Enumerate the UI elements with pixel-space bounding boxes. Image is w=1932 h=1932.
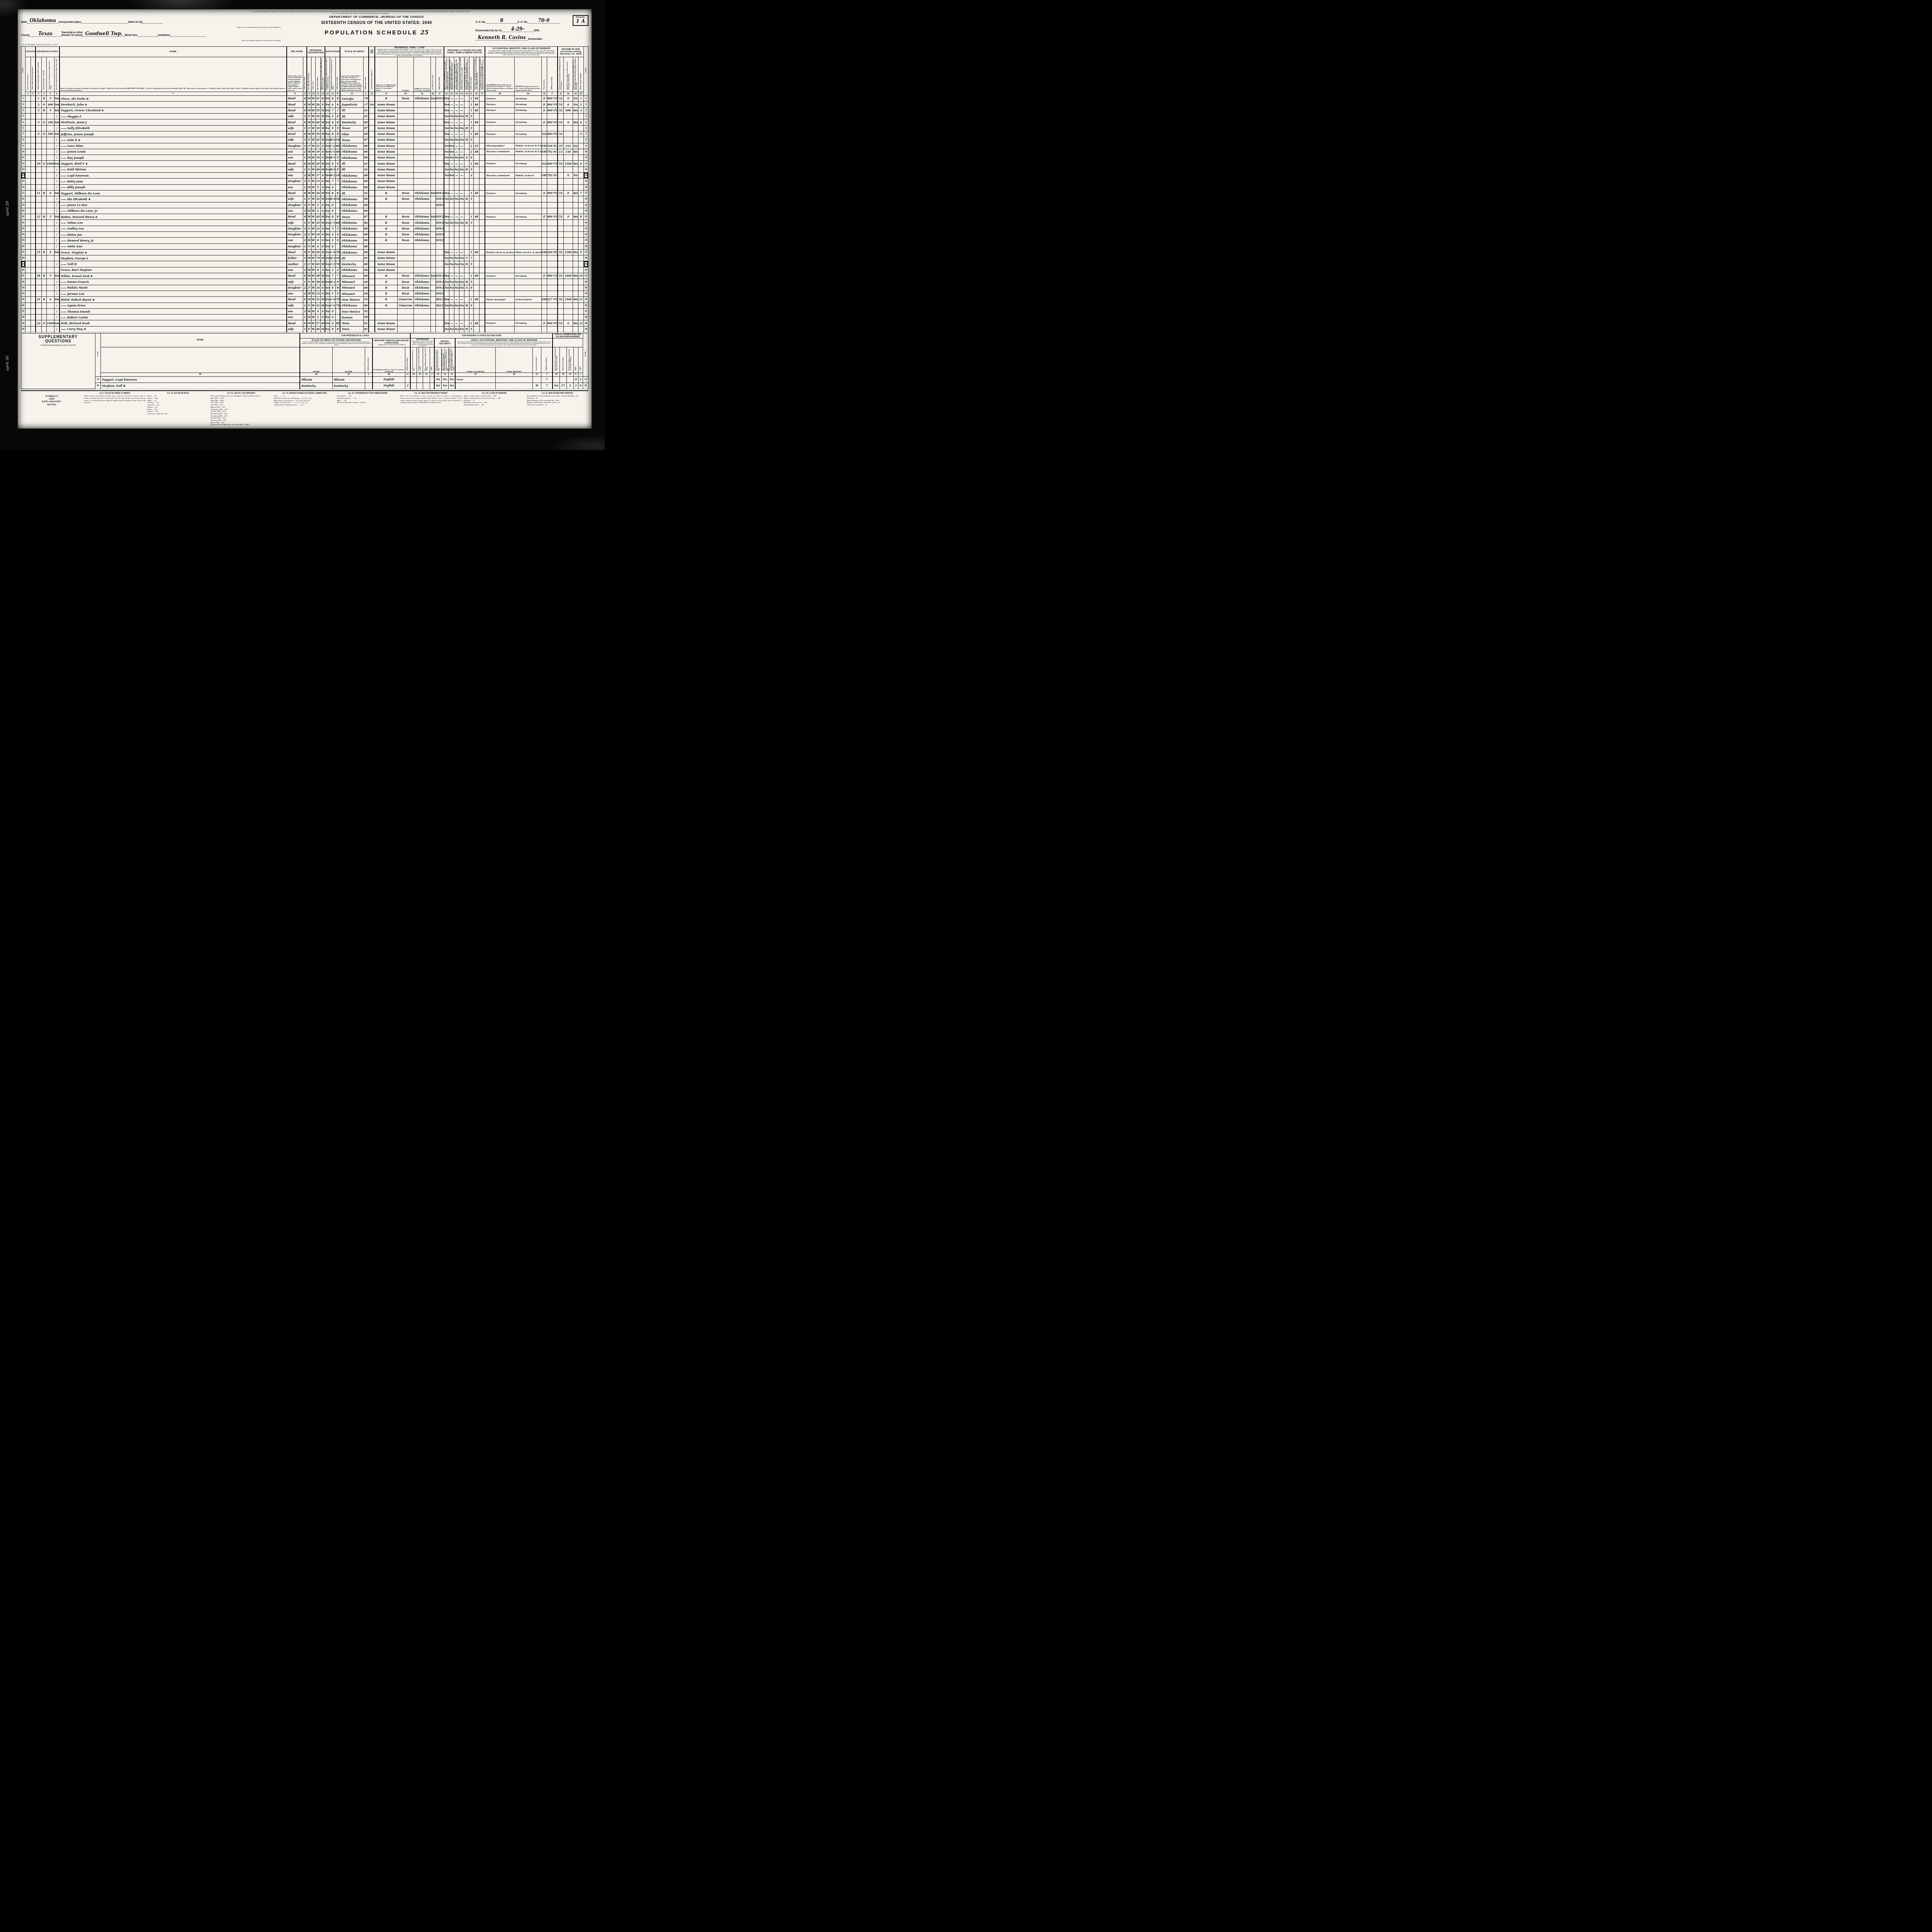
age-cell: 12 — [315, 291, 320, 296]
attended-school-cell: Yes — [325, 285, 330, 291]
occupation-cell: Farm manager — [485, 297, 514, 303]
birthplace-cell: Oklahoma — [340, 267, 363, 273]
relation-code-cell: 1 — [303, 137, 307, 143]
home-value-cell — [47, 255, 54, 261]
age-cell: 19 — [315, 149, 320, 155]
column-number: B — [335, 92, 340, 96]
farm-cell: Yes — [54, 320, 60, 326]
column-label: Value of home, if owned, or monthly rent… — [47, 57, 54, 92]
marital-status-cell: S — [320, 149, 325, 155]
unemployment-weeks-cell — [479, 190, 485, 196]
farm-schedule-cell — [578, 149, 583, 155]
other-income-cell: Yes — [573, 119, 578, 125]
attended-school-cell: No — [325, 279, 330, 285]
at-work-cell: Yes — [444, 273, 449, 279]
name-cell: —— Howard Henry, Jr. — [60, 238, 287, 243]
name-cell: Hall, Richard Doak — [60, 320, 287, 326]
at-work-cell: Yes — [444, 249, 449, 255]
wages-cell — [563, 114, 573, 119]
residence-state-cell — [413, 243, 430, 249]
grade-cell: 7 — [330, 179, 335, 184]
occupation-code-cell — [547, 137, 558, 143]
attended-school-cell: No — [325, 214, 330, 220]
wages-cell — [563, 155, 573, 161]
occupation-code-cell: 000 VV 4 — [547, 161, 558, 167]
marital-status-cell: S — [320, 291, 325, 296]
employment-code-cell — [469, 179, 473, 184]
grade-cell: 0 — [330, 320, 335, 326]
column-number: 2 — [31, 92, 36, 96]
race-cell: W — [311, 243, 315, 249]
residence-county-cell: Texas — [397, 285, 413, 291]
street-cell — [26, 279, 31, 285]
birthplace-code-cell: 92 — [363, 297, 369, 303]
farm-schedule-cell — [578, 184, 583, 190]
name-cell: Taggart, Grover Cleveland ⊗ — [60, 107, 287, 113]
name-cell: —— Robert Curtis — [60, 315, 287, 320]
wages-cell — [563, 208, 573, 214]
relation-cell: son — [287, 291, 303, 296]
other-income-cell: Yes — [573, 320, 578, 326]
note-title: Col. 11. AGE AT LAST BIRTHDAY: — [211, 392, 272, 395]
home-value-cell — [47, 184, 54, 190]
street-cell — [26, 202, 31, 208]
relation-cell: son — [287, 149, 303, 155]
house-number-cell — [31, 119, 36, 125]
residence-farm-cell — [430, 161, 435, 167]
grade-code-cell: 6 — [335, 102, 340, 107]
employment-code-cell — [469, 315, 473, 320]
weeks-worked-cell — [558, 308, 563, 314]
line-number: 3 — [21, 107, 26, 113]
unemployment-weeks-cell — [479, 149, 485, 155]
farm-schedule-cell — [578, 173, 583, 179]
race-cell: W — [311, 190, 315, 196]
attended-school-cell: No — [325, 202, 330, 208]
name-cell: —— Sally Elizabeth — [60, 125, 287, 131]
residence-farm-cell — [430, 196, 435, 202]
house-number-cell — [31, 173, 36, 179]
house-number-cell — [31, 255, 36, 261]
wages-cell — [563, 202, 573, 208]
residence-state-cell — [413, 125, 430, 131]
explanatory-note: Col. 11. AGE AT LAST BIRTHDAY: Enter age… — [211, 392, 272, 426]
wages-cell: 600 — [563, 107, 573, 113]
occupation-cell: Teacher assistant — [485, 149, 514, 155]
other-status-cell — [464, 119, 469, 125]
supp-column-label: CODE (Leave blank) — [365, 347, 372, 372]
birthplace-cell: Kansas — [340, 315, 363, 320]
residence-farm-cell — [430, 184, 435, 190]
birthplace-code-cell: 86 — [363, 249, 369, 255]
at-work-cell: Yes — [444, 190, 449, 196]
other-income-cell — [573, 285, 578, 291]
unemployment-weeks-cell — [479, 131, 485, 137]
birthplace-code-cell: 17 — [363, 102, 369, 107]
supp-veterans-header: VETERANS Is this person a veteran of the… — [410, 338, 434, 347]
birthplace-cell: Kentucky — [340, 119, 363, 125]
grade-cell: 8 — [330, 190, 335, 196]
emergency-work-cell: No — [449, 255, 454, 261]
at-work-cell: Yes — [444, 131, 449, 137]
sex-cell: F — [307, 202, 311, 208]
note-title: SYMBOLS AND EXPLANATORY NOTES — [21, 395, 83, 406]
industry-cell: Public School — [514, 173, 541, 179]
employment-code-cell: 1 — [469, 297, 473, 303]
marital-status-cell: S — [320, 238, 325, 243]
census-row: 13 / —— Estil Miriam wife 1 F W 49 M No … — [21, 167, 588, 172]
house-number-cell — [31, 273, 36, 279]
house-number-cell — [31, 214, 36, 220]
street-cell — [26, 261, 31, 267]
residence-code-cell — [435, 315, 444, 320]
grade-code-cell: 70 — [335, 261, 340, 267]
household-number-cell — [36, 226, 42, 231]
grade-cell: 8 — [330, 326, 335, 332]
seeking-work-cell: No — [454, 261, 459, 267]
name-cell: —— Zula D ⊗ — [60, 137, 287, 143]
house-number-cell — [31, 232, 36, 238]
industry-cell: Farming — [514, 161, 541, 167]
name-cell: —— Lena Alma — [60, 143, 287, 149]
line-number-right: 8 — [584, 137, 588, 143]
occupation-cell — [485, 303, 514, 308]
census-row: 40 / —— Carry May ⊗ wife 1 F W 46 M No 8 — [21, 326, 588, 332]
residence-code-cell — [435, 173, 444, 179]
residence-farm-cell — [430, 131, 435, 137]
home-value-cell — [47, 243, 54, 249]
supplementary-title-block: SUPPLEMENTARY QUESTIONS For Persons Enum… — [21, 333, 95, 389]
supp-usual-class-cell: H — [532, 383, 541, 389]
race-cell: W — [311, 173, 315, 179]
residence-state-cell — [413, 131, 430, 137]
tenure-cell — [42, 149, 47, 155]
name-cell: Grace, Burt Mayhew — [60, 267, 287, 273]
column-label: On a farm? (Yes or No) — [430, 57, 435, 92]
sex-cell: M — [307, 238, 311, 243]
line-number: 21 — [21, 214, 26, 220]
column-number: 29 — [514, 92, 541, 96]
name-cell: —— Ida Elizabeth ⊗ — [60, 196, 287, 202]
hours-worked-cell — [473, 202, 479, 208]
weeks-worked-cell — [558, 184, 563, 190]
attended-school-cell: No — [325, 167, 330, 172]
line-number: 11 — [21, 155, 26, 161]
seeking-work-cell: No — [454, 155, 459, 161]
supp-column-number: H — [405, 372, 410, 376]
marital-status-cell: M — [320, 190, 325, 196]
column-number: D — [435, 92, 444, 96]
explanatory-note: Col. 10. COLOR OR RACE: White.......W Ne… — [147, 392, 209, 426]
attended-school-cell: Yes — [325, 291, 330, 296]
unemployment-weeks-cell — [479, 308, 485, 314]
relation-cell: Head — [287, 96, 303, 102]
farm-schedule-cell — [578, 143, 583, 149]
wages-cell — [563, 326, 573, 332]
sex-cell: M — [307, 96, 311, 102]
residence-county-cell — [397, 161, 413, 167]
industry-cell: Public School N.Y.A. — [514, 143, 541, 149]
supp-social-security-header: SOCIAL SECURITY — [434, 338, 455, 347]
industry-cell: Farming — [514, 320, 541, 326]
residence-code-cell: XOV2 — [435, 96, 444, 102]
occupation-code-cell: 000 VV 3 — [547, 96, 558, 102]
citizenship-cell — [369, 238, 375, 243]
seeking-work-cell: — — [454, 107, 459, 113]
supp-usual-occupation-header: USUAL OCCUPATION, INDUSTRY, AND CLASS OF… — [455, 338, 553, 347]
sex-cell: M — [307, 291, 311, 296]
birthplace-code-cell: 86 — [363, 267, 369, 273]
line-number-right: 14 — [584, 173, 588, 179]
column-number: 33 — [573, 92, 578, 96]
sex-cell: M — [307, 308, 311, 314]
class-of-worker-cell: E — [541, 102, 547, 107]
house-number-cell — [31, 285, 36, 291]
citizenship-cell — [369, 315, 375, 320]
birthplace-cell: Texas — [340, 214, 363, 220]
supp-column-label: If child, is veteran-father dead? (Yes o… — [417, 347, 423, 372]
residence-city-cell — [375, 208, 397, 214]
race-cell: W — [311, 119, 315, 125]
other-income-cell: Yes — [573, 190, 578, 196]
grade-code-cell: 9 — [335, 279, 340, 285]
wages-cell — [563, 261, 573, 267]
birthplace-cell: Ill. — [340, 190, 363, 196]
citizenship-cell — [369, 155, 375, 161]
farm-cell: / — [54, 261, 60, 267]
supp-column-label: (Language spoken in home in earliest chi… — [372, 347, 405, 372]
farm-cell: / — [54, 184, 60, 190]
age-cell: 16 — [315, 155, 320, 161]
other-income-cell — [573, 202, 578, 208]
birthplace-code-cell: 86 — [363, 155, 369, 161]
attended-school-cell: Yes — [325, 267, 330, 273]
relation-code-cell: 2 — [303, 149, 307, 155]
emergency-work-cell: — — [449, 102, 454, 107]
farm-cell — [54, 255, 60, 261]
wages-cell — [563, 279, 573, 285]
attended-school-cell: No — [325, 143, 330, 149]
seeking-work-cell: No — [454, 285, 459, 291]
line-number-right: 10 — [584, 149, 588, 155]
supp-row: 14 Taggart, Loyd Emerson Illinois Illino… — [95, 376, 588, 383]
occupation-cell — [485, 179, 514, 184]
supp-code-k-cell: 1 — [573, 383, 578, 389]
race-cell: W — [311, 279, 315, 285]
residence-city-cell: R — [375, 196, 397, 202]
line-number-right: 24 — [584, 232, 588, 238]
other-status-cell — [464, 143, 469, 149]
sex-cell: M — [307, 131, 311, 137]
home-value-cell: 5 — [47, 273, 54, 279]
birthplace-code-cell: 61 — [363, 114, 369, 119]
industry-cell: Farming — [514, 107, 541, 113]
other-status-cell — [464, 297, 469, 303]
unemployment-weeks-cell — [479, 220, 485, 226]
sex-cell: M — [307, 173, 311, 179]
marital-status-cell: M — [320, 320, 325, 326]
house-number-cell — [31, 243, 36, 249]
citizenship-cell: No — [369, 102, 375, 107]
race-cell: W — [311, 114, 315, 119]
supp-column-label: Is this person a veteran? (Yes or No) — [410, 347, 417, 372]
farm-cell: Yes — [54, 107, 60, 113]
citizenship-cell — [369, 261, 375, 267]
occupation-cell — [485, 267, 514, 273]
have-job-cell: — — [459, 102, 464, 107]
occupation-code-cell — [547, 196, 558, 202]
citizenship-cell — [369, 214, 375, 220]
residence-farm-cell — [430, 243, 435, 249]
home-value-cell — [47, 261, 54, 267]
census-row: 11 / —— Roy Joseph son 2 M W 16 S Yes H-… — [21, 155, 588, 161]
supp-veteran-code-cell — [430, 376, 434, 383]
line-number: 36 — [21, 303, 26, 308]
emergency-work-cell: No — [449, 167, 454, 172]
emergency-work-cell: Yes — [449, 173, 454, 179]
supplementary-title: SUPPLEMENTARY QUESTIONS — [21, 335, 95, 344]
tenure-cell — [42, 208, 47, 214]
home-value-cell: 500 — [47, 131, 54, 137]
sex-cell: F — [307, 326, 311, 332]
class-of-worker-cell — [541, 202, 547, 208]
group-location: LOCATION — [26, 47, 36, 57]
supp-ssn-cell: No — [434, 383, 441, 389]
household-number-cell: 10 — [36, 161, 42, 167]
birthplace-code-cell: 87 — [363, 125, 369, 131]
home-value-cell — [47, 125, 54, 131]
birthplace-code-cell: 90 — [363, 315, 369, 320]
marital-status-cell: M — [320, 114, 325, 119]
at-work-cell: No — [444, 137, 449, 143]
residence-county-cell — [397, 255, 413, 261]
note-body: None.............0 Elementary school, 1s… — [274, 395, 336, 406]
residence-county-cell: Texas — [397, 279, 413, 285]
census-row: 39 22 O 1600 Yes Hall, Richard Doak Head… — [21, 320, 588, 326]
attended-school-cell: No — [325, 137, 330, 143]
class-of-worker-cell — [541, 308, 547, 314]
line-number-right: 13 — [584, 167, 588, 172]
grade-cell: H-1 — [330, 279, 335, 285]
other-income-cell — [573, 220, 578, 226]
hours-worked-cell: 48 — [473, 107, 479, 113]
supp-column-label: Age at first marriage — [560, 347, 566, 372]
residence-county-cell — [397, 308, 413, 314]
residence-county-cell — [397, 249, 413, 255]
street-cell — [26, 220, 31, 226]
have-job-cell: — — [459, 143, 464, 149]
residence-city-cell: R — [375, 190, 397, 196]
farm-cell: / — [54, 114, 60, 119]
class-of-worker-cell — [541, 226, 547, 231]
hours-worked-cell — [473, 226, 479, 231]
line-number-right: 6 — [584, 125, 588, 131]
supp-column-number: 41 — [423, 372, 430, 376]
ward-value — [143, 23, 163, 24]
industry-cell — [514, 285, 541, 291]
class-of-worker-cell — [541, 208, 547, 214]
other-income-cell: No — [573, 102, 578, 107]
line-number: 26 — [21, 243, 26, 249]
farm-schedule-cell: 11 — [578, 297, 583, 303]
emergency-work-cell: No — [449, 114, 454, 119]
schedule-page-number: 25 — [420, 29, 429, 36]
hours-worked-cell: 48 — [473, 149, 479, 155]
home-value-cell: 5 — [47, 96, 54, 102]
supp-column-number: 36 — [300, 372, 332, 376]
street-cell — [26, 273, 31, 279]
household-number-cell — [36, 267, 42, 273]
industry-cell — [514, 232, 541, 238]
line-number: 20 — [21, 208, 26, 214]
supp-column-number: 47 — [532, 372, 541, 376]
residence-code-cell: XOV2 — [435, 190, 444, 196]
sex-cell: M — [307, 315, 311, 320]
line-number: 15 — [21, 179, 26, 184]
class-of-worker-cell: E — [541, 320, 547, 326]
residence-county-cell — [397, 107, 413, 113]
hours-worked-cell: 48 — [473, 320, 479, 326]
grade-code-cell: 8 — [335, 214, 340, 220]
emergency-work-cell: — — [449, 249, 454, 255]
house-number-cell — [31, 155, 36, 161]
citizenship-cell — [369, 202, 375, 208]
residence-city-cell: R — [375, 214, 397, 220]
supp-line-number: 29 — [95, 383, 100, 389]
farm-cell: / — [54, 196, 60, 202]
house-number-cell — [31, 326, 36, 332]
name-cell: Grace, Virginia ⊗ — [60, 249, 287, 255]
residence-farm-cell — [430, 119, 435, 125]
race-cell: W — [311, 238, 315, 243]
race-cell: W — [311, 184, 315, 190]
street-cell — [26, 137, 31, 143]
employment-code-cell: 5 — [469, 167, 473, 172]
age-cell: 35 — [315, 220, 320, 226]
grade-cell: 0 — [330, 308, 335, 314]
column-label: Relationship of this person to the head … — [287, 57, 303, 92]
at-work-cell: No — [444, 143, 449, 149]
supp-usual-class-cell — [532, 376, 541, 383]
census-rows: 1 1 R 5 Yes Glaze, Ala Parks ⊗ Head 0 M … — [21, 96, 588, 332]
birthplace-code-cell: 87 — [363, 214, 369, 220]
residence-county-cell: Texas — [397, 190, 413, 196]
occupation-code-cell — [547, 238, 558, 243]
at-work-cell: No — [444, 279, 449, 285]
line-number-right: 9 — [584, 143, 588, 149]
emergency-work-cell — [449, 232, 454, 238]
sex-cell: F — [307, 243, 311, 249]
line-number-right: 36 — [584, 303, 588, 308]
residence-code-cell — [435, 267, 444, 273]
column-number: A — [303, 92, 307, 96]
unemployment-weeks-cell — [479, 179, 485, 184]
column-label: If born in the United States, give State… — [340, 57, 363, 92]
occupation-code-cell — [547, 243, 558, 249]
industry-cell — [514, 184, 541, 190]
residence-code-cell — [435, 107, 444, 113]
group-education: EDUCATION — [325, 47, 340, 57]
census-row: 15 / —— Betty Jane daughter 2 F W 13 S Y… — [21, 179, 588, 184]
other-status-cell — [464, 320, 469, 326]
home-value-cell — [47, 137, 54, 143]
emergency-work-cell: No — [449, 303, 454, 308]
column-label: If neither at work nor assigned to publi… — [454, 57, 459, 92]
residence-county-cell — [397, 202, 413, 208]
grade-cell: C-2 — [330, 143, 335, 149]
have-job-cell — [459, 184, 464, 190]
street-cell — [26, 143, 31, 149]
